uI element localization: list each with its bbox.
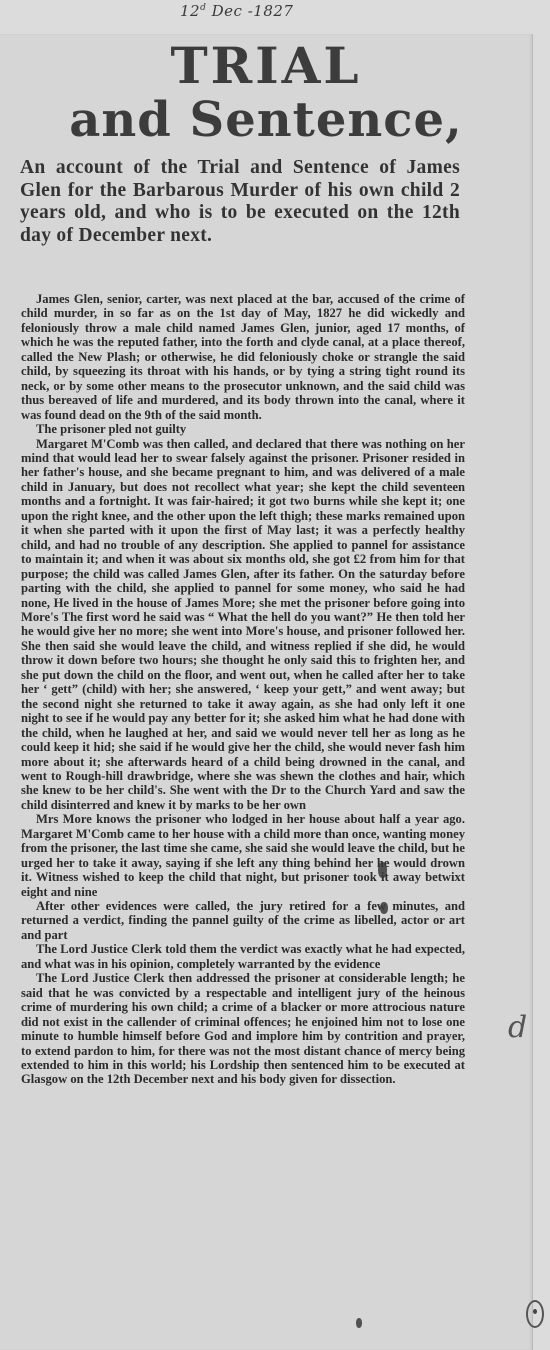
date-suffix: d <box>200 3 206 13</box>
handwritten-date-annotation: 12d Dec -1827 <box>180 2 293 20</box>
date-day: 12 <box>180 2 200 20</box>
paragraph-plea: The prisoner pled not guilty <box>21 422 465 436</box>
date-rest: Dec -1827 <box>212 2 294 20</box>
paragraph-mccomb-testimony: Margaret M'Comb was then called, and dec… <box>21 437 465 813</box>
title-trial: TRIAL <box>0 36 532 95</box>
paragraph-more-testimony: Mrs More knows the prisoner who lodged i… <box>21 812 465 899</box>
subtitle: An account of the Trial and Sentence of … <box>20 157 460 247</box>
title-sentence: and Sentence, <box>0 92 532 148</box>
paragraph-judge-remark: The Lord Justice Clerk told them the ver… <box>21 942 465 971</box>
ink-blot <box>378 862 387 878</box>
ink-blot <box>380 902 388 914</box>
library-stamp-icon <box>526 1300 544 1328</box>
ink-blot <box>356 1318 362 1328</box>
paragraph-sentence: The Lord Justice Clerk then addressed th… <box>21 971 465 1087</box>
paragraph-indictment: James Glen, senior, carter, was next pla… <box>21 292 465 422</box>
article-body: James Glen, senior, carter, was next pla… <box>21 292 465 1087</box>
paragraph-verdict: After other evidences were called, the j… <box>21 899 465 942</box>
handwritten-margin-mark: d <box>508 1010 527 1045</box>
